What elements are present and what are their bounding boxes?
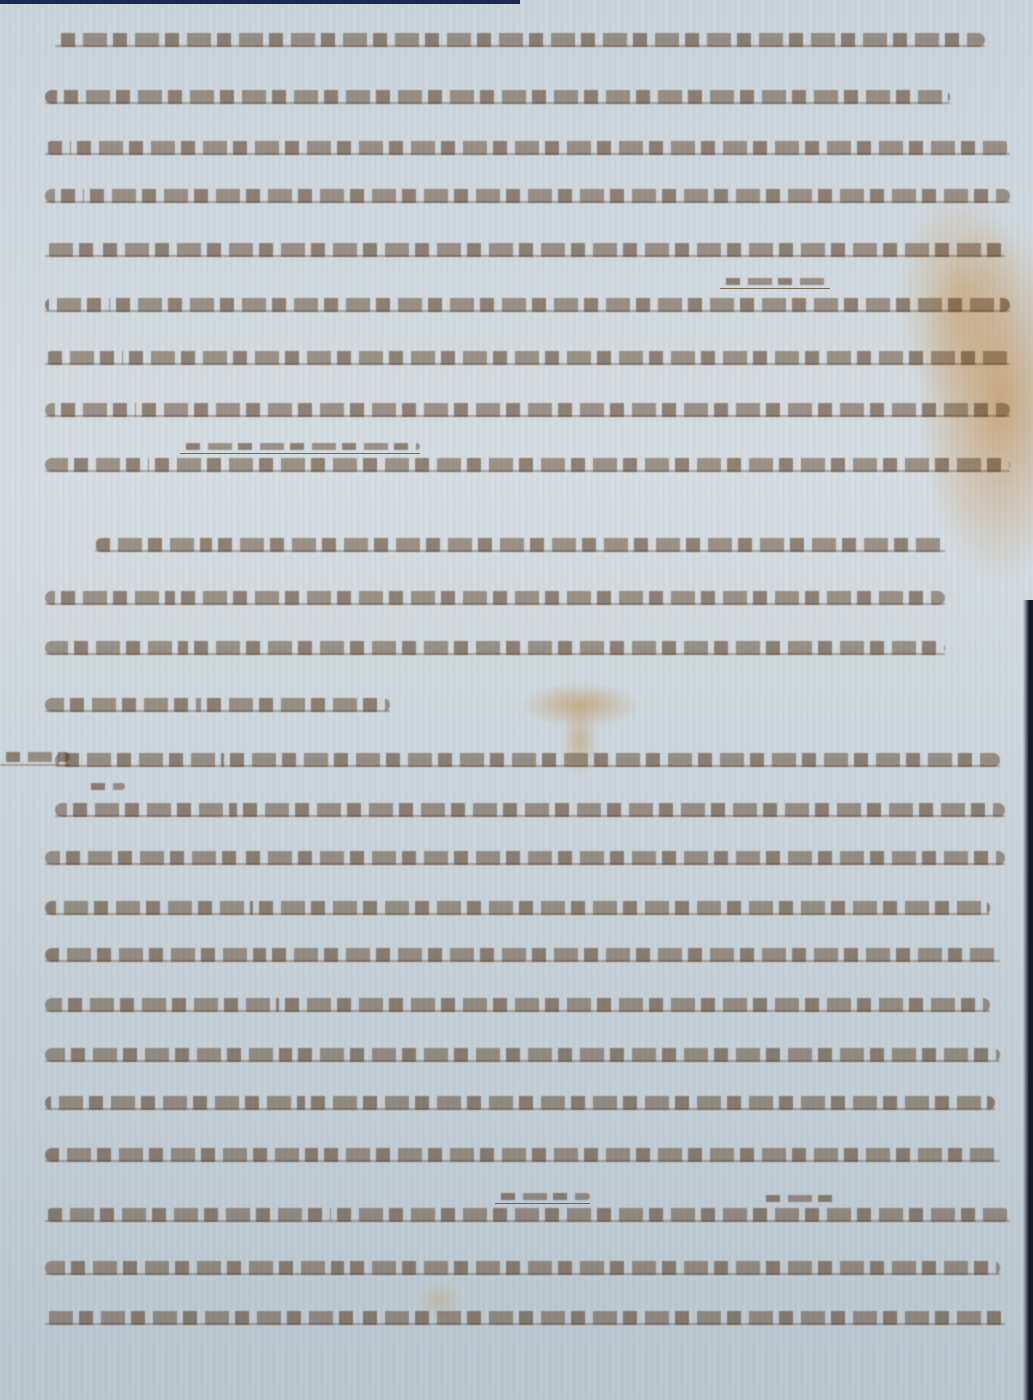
gloss-ink bbox=[720, 278, 830, 285]
interlinear-gloss bbox=[720, 278, 830, 289]
ink-strokes bbox=[95, 538, 945, 552]
interlinear-gloss bbox=[495, 1193, 590, 1204]
gloss-ink bbox=[85, 783, 125, 790]
handwritten-line bbox=[45, 635, 945, 661]
ink-strokes bbox=[45, 591, 945, 605]
ink-strokes bbox=[45, 243, 1005, 257]
gloss-ink bbox=[495, 1193, 590, 1200]
handwritten-line bbox=[95, 532, 945, 558]
interlinear-gloss bbox=[180, 443, 420, 454]
ink-strokes bbox=[45, 141, 1010, 155]
handwritten-line bbox=[55, 27, 985, 53]
ink-strokes bbox=[45, 458, 1010, 472]
handwritten-line bbox=[45, 452, 1010, 478]
ink-strokes bbox=[45, 948, 1000, 962]
ink-strokes bbox=[45, 901, 990, 915]
gloss-ink bbox=[180, 443, 420, 450]
ink-strokes bbox=[45, 351, 1010, 365]
top-edge-border bbox=[0, 0, 520, 4]
manuscript-page: Handwritten Tamil text; not reliably tra… bbox=[0, 0, 1033, 1400]
ink-strokes bbox=[45, 1261, 1000, 1275]
handwritten-line bbox=[45, 845, 1005, 871]
handwritten-line bbox=[55, 797, 1005, 823]
ink-strokes bbox=[45, 851, 1005, 865]
handwritten-line bbox=[45, 1202, 1010, 1228]
gloss-ink bbox=[760, 1195, 840, 1202]
handwritten-line bbox=[45, 397, 1010, 423]
handwritten-line bbox=[45, 692, 390, 718]
handwritten-line bbox=[45, 1255, 1000, 1281]
handwritten-line bbox=[45, 237, 1005, 263]
ink-strokes bbox=[45, 1208, 1010, 1222]
handwritten-line bbox=[45, 942, 1000, 968]
handwritten-line bbox=[45, 1090, 995, 1116]
ink-strokes bbox=[55, 753, 1000, 767]
handwritten-line bbox=[45, 345, 1010, 371]
handwritten-line bbox=[45, 183, 1010, 209]
ink-strokes bbox=[45, 90, 950, 104]
ink-strokes bbox=[45, 1096, 995, 1110]
interlinear-gloss bbox=[85, 783, 125, 793]
handwritten-line bbox=[45, 292, 1010, 318]
ink-strokes bbox=[45, 1048, 1000, 1062]
handwritten-line bbox=[45, 1142, 1000, 1168]
interlinear-gloss bbox=[760, 1195, 840, 1205]
handwritten-line bbox=[55, 747, 1000, 773]
handwritten-line bbox=[45, 135, 1010, 161]
ink-strokes bbox=[45, 1148, 1000, 1162]
handwritten-line bbox=[45, 585, 945, 611]
margin-note bbox=[0, 748, 70, 766]
ink-strokes bbox=[45, 1311, 1005, 1325]
right-edge-shadow bbox=[1023, 600, 1033, 1400]
ink-strokes bbox=[45, 641, 945, 655]
ink-strokes bbox=[45, 403, 1010, 417]
ink-strokes bbox=[45, 698, 390, 712]
handwritten-line bbox=[45, 84, 950, 110]
ink-strokes bbox=[55, 33, 985, 47]
handwritten-line bbox=[45, 1042, 1000, 1068]
handwritten-line bbox=[45, 1305, 1005, 1331]
margin-note-ink bbox=[0, 752, 70, 762]
handwritten-line bbox=[45, 895, 990, 921]
ink-strokes bbox=[45, 998, 990, 1012]
handwritten-line bbox=[45, 992, 990, 1018]
ink-strokes bbox=[45, 298, 1010, 312]
ink-strokes bbox=[45, 189, 1010, 203]
ink-strokes bbox=[55, 803, 1005, 817]
